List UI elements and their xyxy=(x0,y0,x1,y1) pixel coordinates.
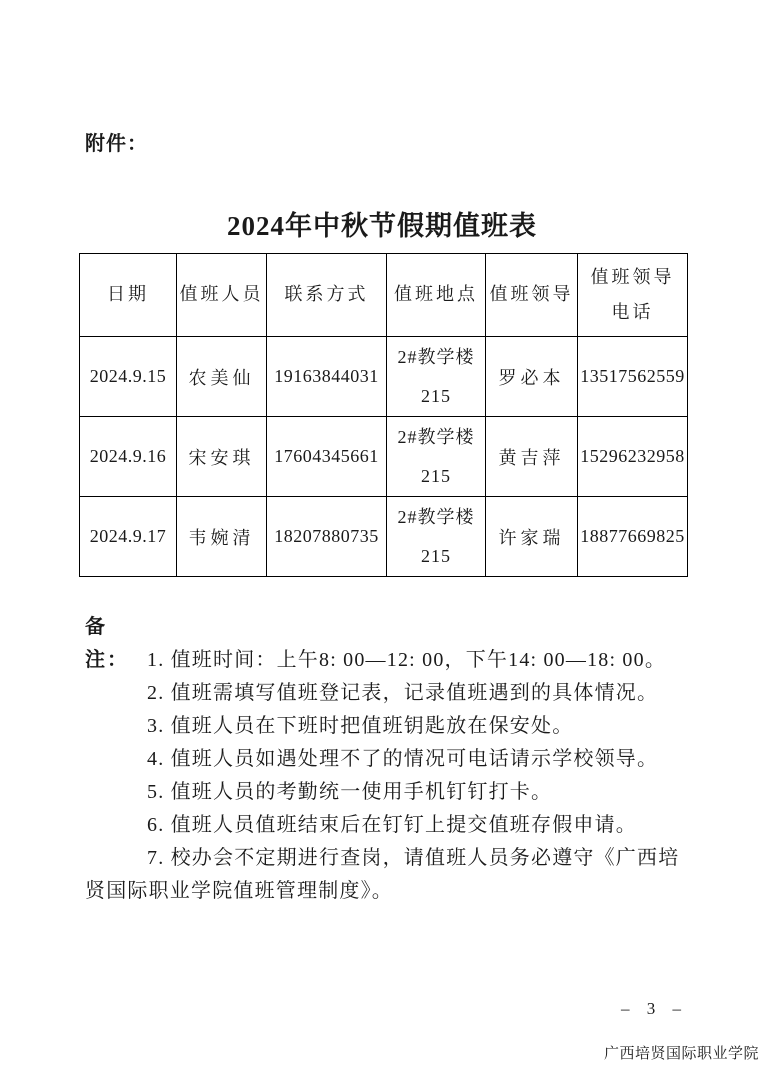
note-item: 2. 值班需填写值班登记表，记录值班遇到的具体情况。 xyxy=(85,677,683,710)
cell-location: 2#教学楼 215 xyxy=(387,417,486,497)
note-item: 4. 值班人员如遇处理不了的情况可电话请示学校领导。 xyxy=(85,743,683,776)
note-line: 备注：1. 值班时间：上午8: 00—12: 00，下午14: 00—18: 0… xyxy=(85,611,683,677)
cell-leader_phone: 15296232958 xyxy=(578,417,688,497)
cell-person: 宋安琪 xyxy=(177,417,267,497)
notes-label: 备注： xyxy=(85,611,147,677)
attachment-label: 附件： xyxy=(85,127,148,156)
header-cell: 值班领导 电话 xyxy=(578,254,688,337)
cell-location: 2#教学楼 215 xyxy=(387,337,486,417)
header-cell: 值班地点 xyxy=(387,254,486,337)
cell-leader: 黄吉萍 xyxy=(486,417,578,497)
note-item: 5. 值班人员的考勤统一使用手机钉钉打卡。 xyxy=(85,776,683,809)
header-cell: 值班领导 xyxy=(486,254,578,337)
cell-leader_phone: 13517562559 xyxy=(578,337,688,417)
cell-contact: 18207880735 xyxy=(267,497,387,577)
footer-text: 广西培贤国际职业学院 xyxy=(604,1042,759,1063)
cell-date: 2024.9.16 xyxy=(80,417,177,497)
header-cell: 日期 xyxy=(80,254,177,337)
cell-contact: 19163844031 xyxy=(267,337,387,417)
cell-leader: 罗必本 xyxy=(486,337,578,417)
page-number: – 3 – xyxy=(621,999,683,1019)
note-item: 6. 值班人员值班结束后在钉钉上提交值班存假申请。 xyxy=(85,809,683,842)
cell-leader: 许家瑞 xyxy=(486,497,578,577)
cell-person: 农美仙 xyxy=(177,337,267,417)
page-title: 2024年中秋节假期值班表 xyxy=(0,204,764,243)
header-cell: 联系方式 xyxy=(267,254,387,337)
duty-table: 日期值班人员联系方式值班地点值班领导值班领导 电话 2024.9.15农美仙19… xyxy=(79,253,688,577)
document-page: 附件： 2024年中秋节假期值班表 日期值班人员联系方式值班地点值班领导值班领导… xyxy=(0,0,764,1080)
note-item: 3. 值班人员在下班时把值班钥匙放在保安处。 xyxy=(85,710,683,743)
cell-contact: 17604345661 xyxy=(267,417,387,497)
cell-date: 2024.9.15 xyxy=(80,337,177,417)
table-row: 2024.9.16宋安琪176043456612#教学楼 215黄吉萍15296… xyxy=(80,417,688,497)
cell-location: 2#教学楼 215 xyxy=(387,497,486,577)
note-item: 1. 值班时间：上午8: 00—12: 00，下午14: 00—18: 00。 xyxy=(147,649,666,671)
header-cell: 值班人员 xyxy=(177,254,267,337)
note-item: 7. 校办会不定期进行查岗，请值班人员务必遵守《广西培贤国际职业学院值班管理制度… xyxy=(85,842,683,908)
cell-date: 2024.9.17 xyxy=(80,497,177,577)
table-header-row: 日期值班人员联系方式值班地点值班领导值班领导 电话 xyxy=(80,254,688,337)
table-row: 2024.9.17韦婉清182078807352#教学楼 215许家瑞18877… xyxy=(80,497,688,577)
notes-section: 备注：1. 值班时间：上午8: 00—12: 00，下午14: 00—18: 0… xyxy=(85,611,683,908)
cell-leader_phone: 18877669825 xyxy=(578,497,688,577)
duty-table-body: 2024.9.15农美仙191638440312#教学楼 215罗必本13517… xyxy=(80,337,688,577)
table-row: 2024.9.15农美仙191638440312#教学楼 215罗必本13517… xyxy=(80,337,688,417)
cell-person: 韦婉清 xyxy=(177,497,267,577)
